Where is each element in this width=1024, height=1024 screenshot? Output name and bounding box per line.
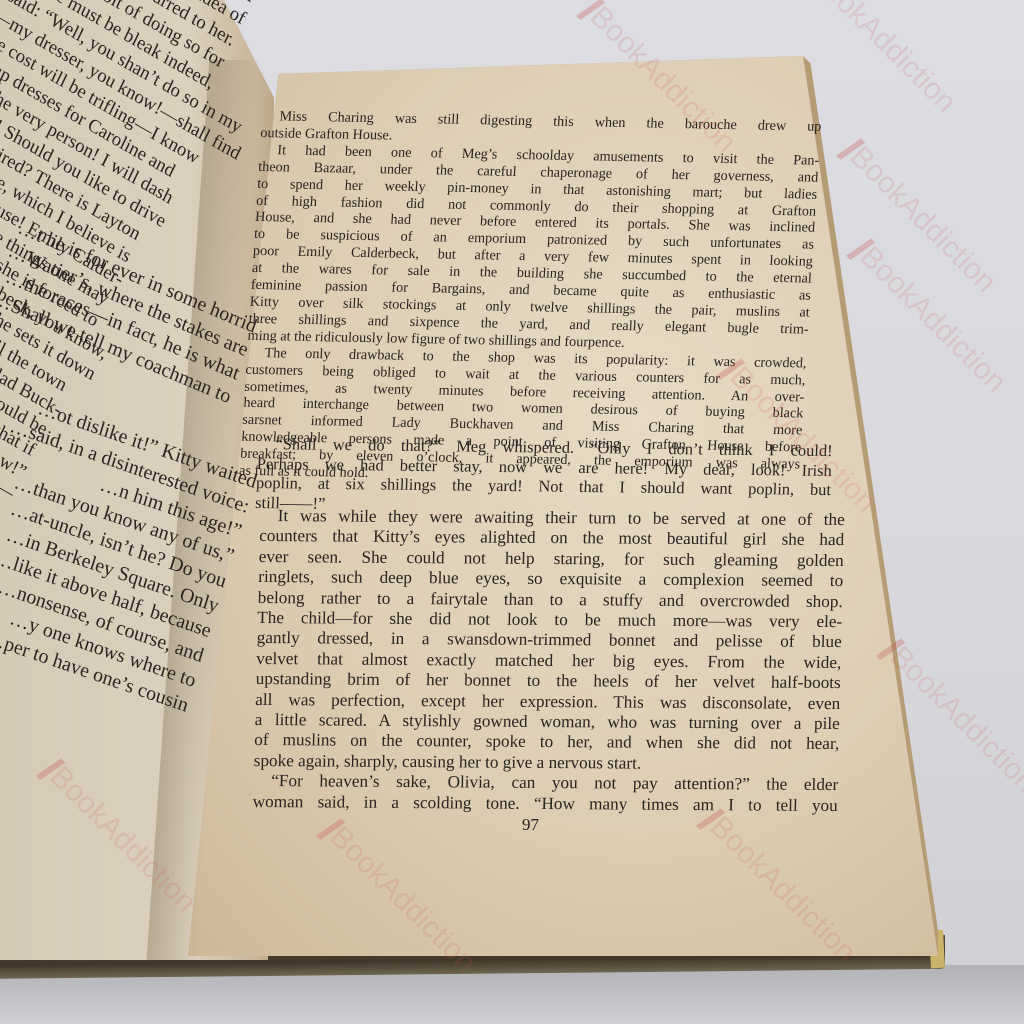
paragraph-5: It was while they were awaiting their tu… xyxy=(254,506,845,775)
paragraph-2: It had been one of Meg’s schoolday amuse… xyxy=(247,142,820,355)
paragraph-6: “For heaven’s sake, Olivia, can you not … xyxy=(253,771,839,816)
watermark: BookAddiction xyxy=(797,0,962,120)
page-number: 97 xyxy=(522,815,539,835)
text-line: woman said, in a scolding tone. “How man… xyxy=(253,792,838,816)
right-page-text-upper: Miss Charing was still digesting this wh… xyxy=(239,108,822,490)
watermark: BookAddiction xyxy=(847,234,1012,399)
book-photo: …Meg could embroider…a seam, but the ide… xyxy=(0,0,1024,1024)
right-page-text-lower: It was while they were awaiting their tu… xyxy=(253,506,845,816)
watermark: BookAddiction xyxy=(837,134,1002,299)
